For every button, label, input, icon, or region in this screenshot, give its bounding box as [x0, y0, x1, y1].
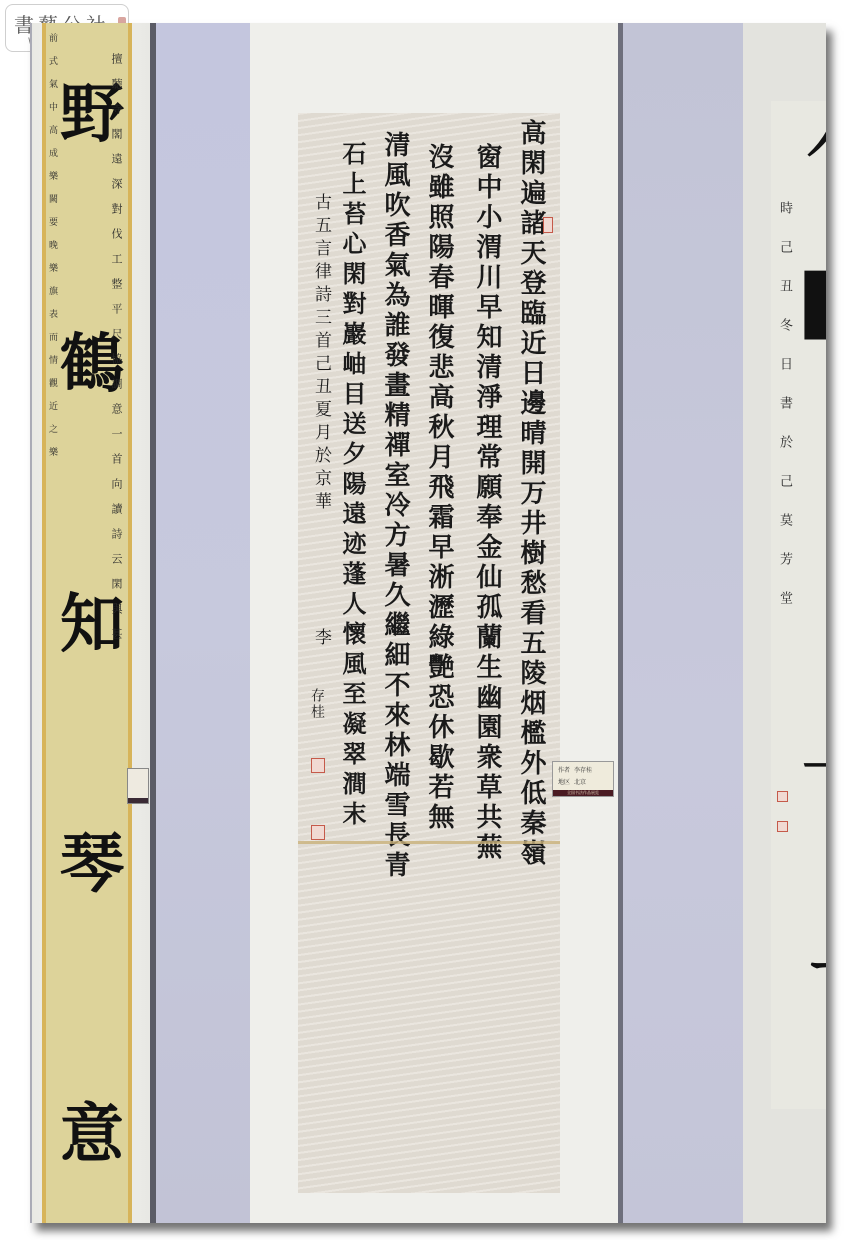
label-region-key: 地区 — [558, 777, 570, 786]
label-bar: 全国书法作品展览 — [553, 790, 613, 796]
right-scroll: 時己丑冬日書於己莫芳堂 ⺈ █ ▐ ⺄ ㄱ — [743, 23, 826, 1223]
wall-panel-left — [156, 23, 250, 1223]
label-author-key: 作者 — [558, 765, 570, 774]
leading-seal — [543, 217, 553, 233]
exhibition-photo: 野 鶴 知 琴 意 擅聽寺閣遠深對伐工整平尺協調意一首向讀詩云閑與甚 前式氣中高… — [30, 23, 826, 1223]
left-label-bar — [128, 798, 148, 803]
artist-seal-1 — [311, 758, 325, 773]
left-scroll-inscription-right: 擅聽寺閣遠深對伐工整平尺協調意一首向讀詩云閑與甚 — [108, 53, 124, 1213]
left-scroll: 野 鶴 知 琴 意 擅聽寺閣遠深對伐工整平尺協調意一首向讀詩云閑與甚 前式氣中高… — [32, 23, 150, 1223]
right-seal-1 — [777, 791, 788, 802]
main-column-1: 高閑遍諸天登臨近日邊晴開万井樹愁看五陵烟檻外低秦嶺 — [518, 119, 544, 1179]
right-big-char-fragment-5: ㄱ — [801, 931, 826, 1015]
main-column-4: 清風吹香氣為誰發畫精禪室冷方暑久繼細不來林端雪長青 — [382, 131, 408, 1191]
left-scroll-label — [127, 768, 149, 804]
left-scroll-paper: 野 鶴 知 琴 意 擅聽寺閣遠深對伐工整平尺協調意一首向讀詩云閑與甚 前式氣中高… — [42, 23, 132, 1223]
artist-seal-2 — [311, 825, 325, 840]
label-author-value: 李存桂 — [574, 765, 592, 774]
right-big-char-fragment-4: ⺄ — [801, 741, 826, 825]
right-big-char-fragment-3: ▐ — [805, 561, 826, 629]
signature-surname: 李 — [312, 628, 329, 651]
signature-name: 存桂 — [310, 688, 324, 720]
label-region-value: 北京 — [574, 777, 586, 786]
main-scroll-label: 作者李存桂 地区北京 全国书法作品展览 — [552, 761, 614, 797]
main-column-2: 窗中小渭川早知清淨理常願奉金仙孤蘭生幽園衆草共蕪 — [474, 143, 500, 1183]
main-scroll-paper: 高閑遍諸天登臨近日邊晴開万井樹愁看五陵烟檻外低秦嶺 窗中小渭川早知清淨理常願奉金… — [298, 113, 560, 1193]
inscription: 古五言律詩三首己丑夏月於京華 — [312, 193, 329, 643]
wall-panel-right — [623, 23, 743, 1223]
left-scroll-inscription-left: 前式氣中高成樂闕要晚樂旗表而情觀近之樂 — [46, 33, 59, 1193]
right-big-char-fragment-1: ⺈ — [805, 111, 826, 195]
right-scroll-paper: 時己丑冬日書於己莫芳堂 ⺈ █ ▐ ⺄ ㄱ — [771, 101, 826, 1109]
main-column-3: 沒雖照陽春暉復悲高秋月飛霜早淅瀝綠艷恐休歇若無 — [426, 143, 452, 1173]
main-column-5: 石上苔心閑對巖岫目送夕陽遠迹蓬人懷風至凝翠澗末 — [340, 141, 364, 991]
right-seal-2 — [777, 821, 788, 832]
right-big-char-fragment-2: █ — [805, 271, 826, 339]
right-scroll-inscription: 時己丑冬日書於己莫芳堂 — [775, 201, 794, 761]
gold-rule — [298, 841, 560, 844]
